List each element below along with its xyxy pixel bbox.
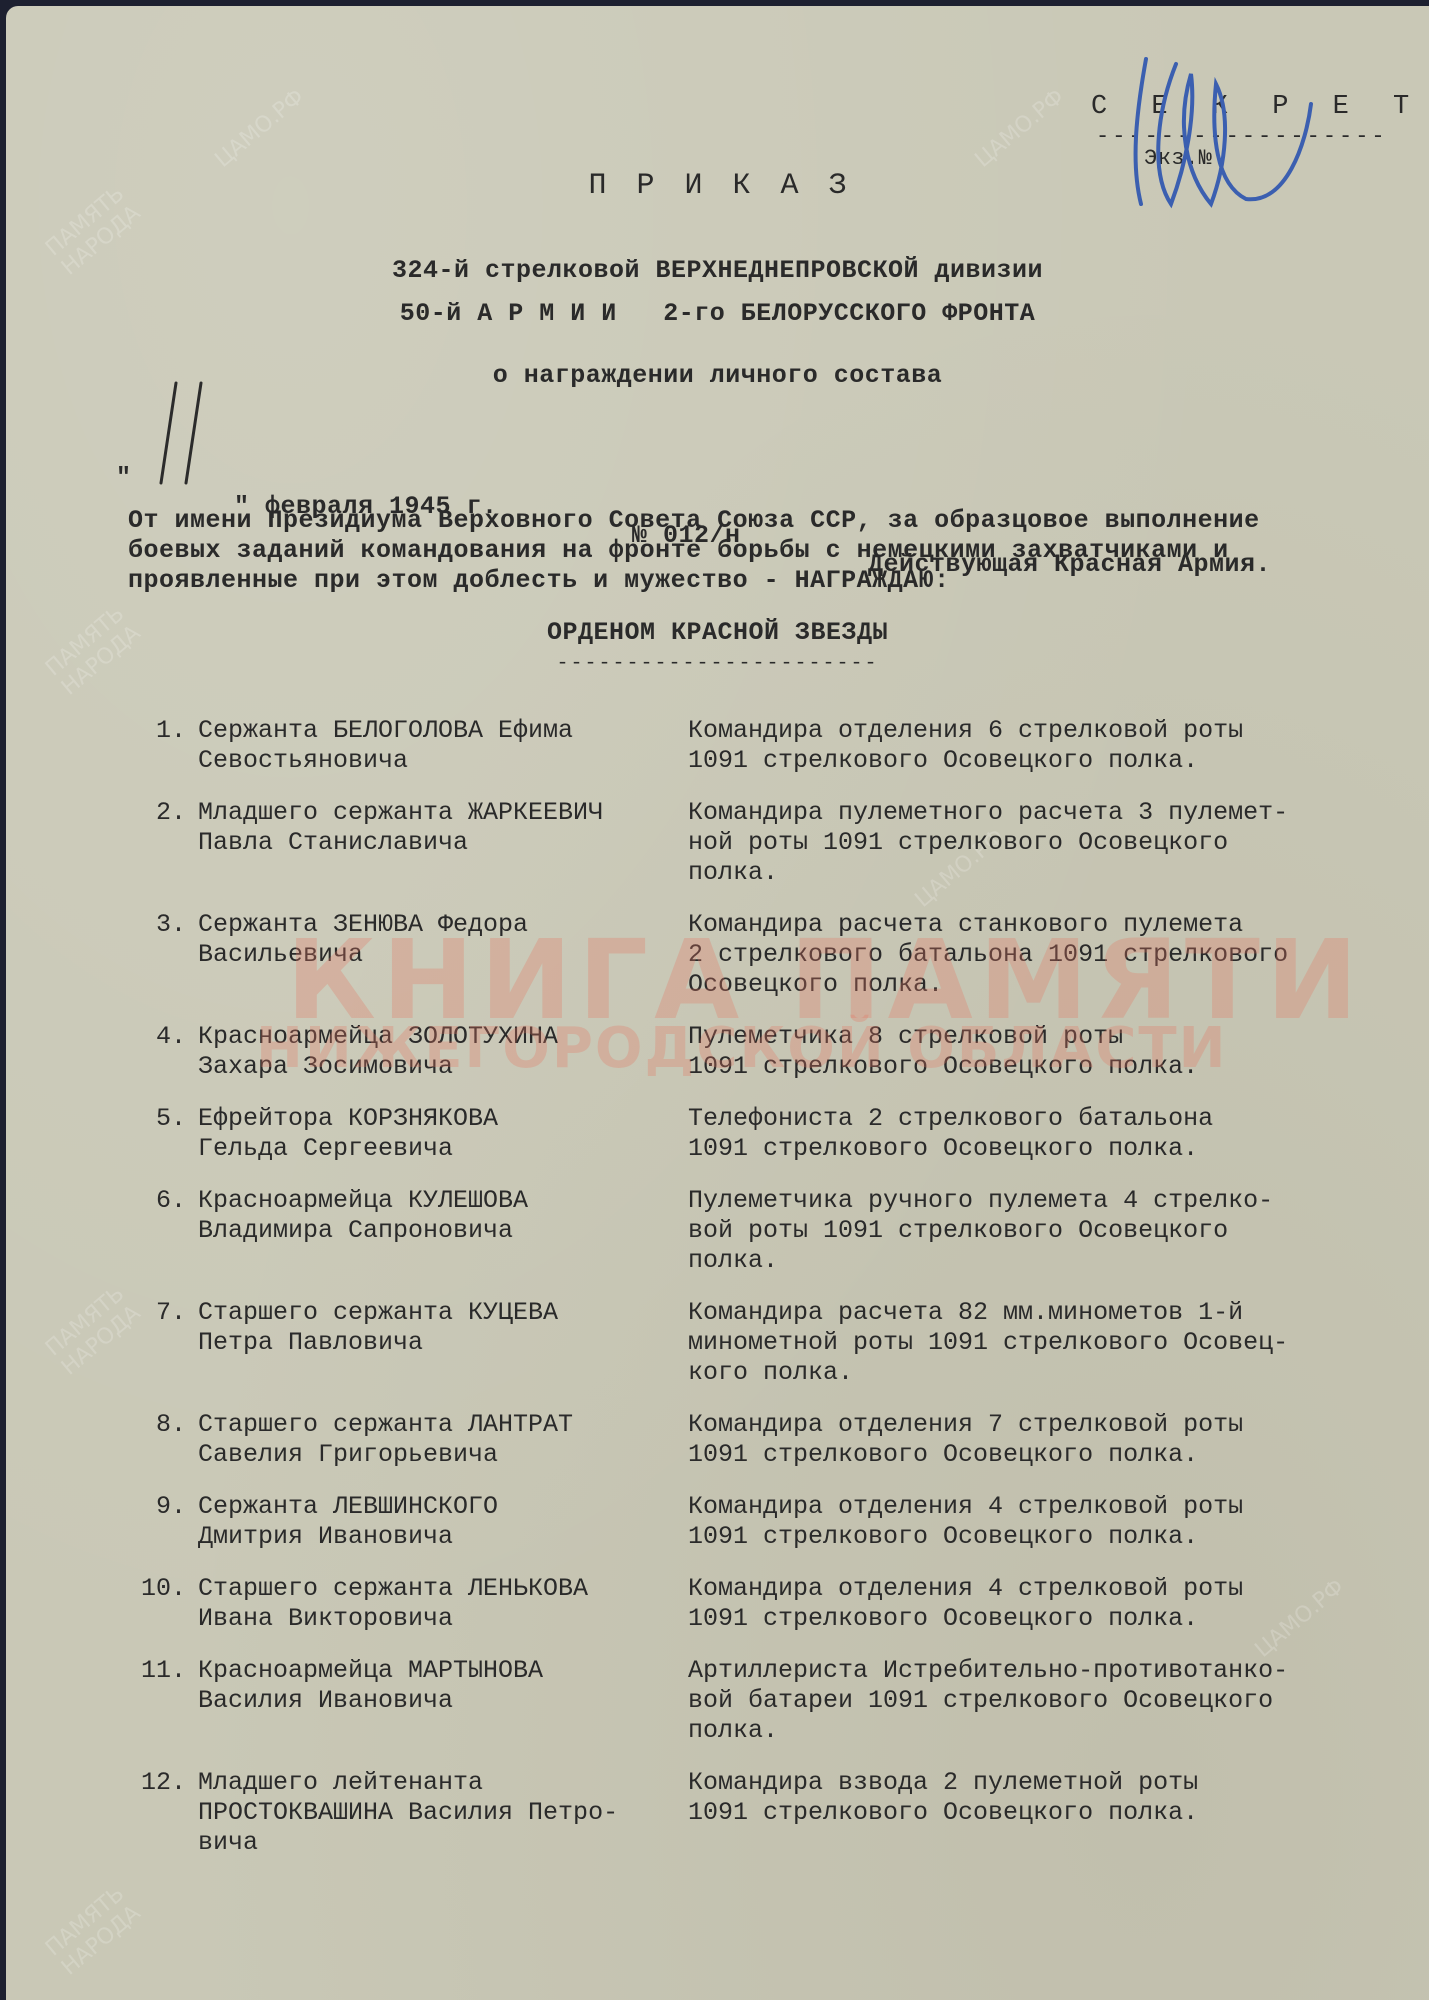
awardee-name: Красноармейца МАРТЫНОВА Василия Иванович… (198, 1656, 676, 1746)
award-heading: ОРДЕНОМ КРАСНОЙ ЗВЕЗДЫ (6, 618, 1429, 647)
awardee-row: 7.Старшего сержанта КУЦЕВА Петра Павлови… (136, 1298, 1396, 1388)
document-title: ПРИКАЗ (6, 169, 1429, 203)
awardee-row: 10.Старшего сержанта ЛЕНЬКОВА Ивана Викт… (136, 1574, 1396, 1634)
awardee-duty: Командира пулеметного расчета 3 пулемет-… (676, 798, 1396, 888)
awardee-number: 11. (136, 1656, 198, 1746)
awardee-row: 12.Младшего лейтенанта ПРОСТОКВАШИНА Вас… (136, 1768, 1396, 1858)
awardee-number: 7. (136, 1298, 198, 1388)
awardee-number: 6. (136, 1186, 198, 1276)
awardee-duty: Командира отделения 4 стрелковой роты 10… (676, 1574, 1396, 1634)
awardee-number: 5. (136, 1104, 198, 1164)
awardee-duty: Командира отделения 7 стрелковой роты 10… (676, 1410, 1396, 1470)
awardee-list: 1.Сержанта БЕЛОГОЛОВА Ефима Севостьянови… (136, 716, 1396, 1880)
watermark-memory: ПАМЯТЬ НАРОДА (41, 1882, 145, 1981)
handwritten-day-icon (146, 378, 226, 488)
awardee-row: 2.Младшего сержанта ЖАРКЕЕВИЧ Павла Стан… (136, 798, 1396, 888)
preamble-text: От имени Президиума Верховного Совета Со… (128, 506, 1368, 596)
watermark-book-region: НИЖЕГОРОДСКОЙ ОБЛАСТИ (256, 1016, 1228, 1081)
awardee-name: Младшего сержанта ЖАРКЕЕВИЧ Павла Станис… (198, 798, 676, 888)
awardee-name: Сержанта ЛЕВШИНСКОГО Дмитрия Ивановича (198, 1492, 676, 1552)
division-line: 324-й стрелковой ВЕРХНЕДНЕПРОВСКОЙ дивиз… (6, 256, 1429, 285)
awardee-number: 8. (136, 1410, 198, 1470)
awardee-row: 5.Ефрейтора КОРЗНЯКОВА Гельда Сергеевича… (136, 1104, 1396, 1164)
awardee-row: 6.Красноармейца КУЛЕШОВА Владимира Сапро… (136, 1186, 1396, 1276)
awardee-number: 9. (136, 1492, 198, 1552)
awardee-name: Красноармейца КУЛЕШОВА Владимира Сапроно… (198, 1186, 676, 1276)
watermark-memory: ПАМЯТЬ НАРОДА (41, 602, 145, 701)
awardee-row: 1.Сержанта БЕЛОГОЛОВА Ефима Севостьянови… (136, 716, 1396, 776)
watermark-memory: ПАМЯТЬ НАРОДА (41, 1282, 145, 1381)
awardee-name: Старшего сержанта ЛАНТРАТ Савелия Григор… (198, 1410, 676, 1470)
awardee-name: Сержанта БЕЛОГОЛОВА Ефима Севостьяновича (198, 716, 676, 776)
awardee-name: Ефрейтора КОРЗНЯКОВА Гельда Сергеевича (198, 1104, 676, 1164)
awardee-duty: Командира отделения 4 стрелковой роты 10… (676, 1492, 1396, 1552)
awardee-row: 9.Сержанта ЛЕВШИНСКОГО Дмитрия Ивановича… (136, 1492, 1396, 1552)
awardee-row: 11.Красноармейца МАРТЫНОВА Василия Ивано… (136, 1656, 1396, 1746)
awardee-number: 12. (136, 1768, 198, 1858)
awardee-number: 10. (136, 1574, 198, 1634)
awardee-number: 2. (136, 798, 198, 888)
awardee-duty: Командира расчета 82 мм.минометов 1-й ми… (676, 1298, 1396, 1388)
date-quote-open: " (116, 463, 132, 492)
army-line: 50-й А Р М И И 2-го БЕЛОРУССКОГО ФРОНТА (6, 299, 1429, 328)
awardee-duty: Командира отделения 6 стрелковой роты 10… (676, 716, 1396, 776)
document-page: ПАМЯТЬ НАРОДА ЦАМО.РФ ЦАМО.РФ ПАМЯТЬ НАР… (6, 6, 1429, 2000)
awardee-number: 4. (136, 1022, 198, 1082)
awardee-number: 1. (136, 716, 198, 776)
awardee-duty: Пулеметчика ручного пулемета 4 стрелко- … (676, 1186, 1396, 1276)
award-underline: ----------------------- (6, 652, 1429, 675)
awardee-name: Младшего лейтенанта ПРОСТОКВАШИНА Васили… (198, 1768, 676, 1858)
awardee-row: 8.Старшего сержанта ЛАНТРАТ Савелия Григ… (136, 1410, 1396, 1470)
awardee-duty: Телефониста 2 стрелкового батальона 1091… (676, 1104, 1396, 1164)
awardee-name: Старшего сержанта ЛЕНЬКОВА Ивана Викторо… (198, 1574, 676, 1634)
awardee-name: Старшего сержанта КУЦЕВА Петра Павловича (198, 1298, 676, 1388)
watermark-archive: ЦАМО.РФ (971, 84, 1070, 172)
awardee-duty: Артиллериста Истребительно-противотанко-… (676, 1656, 1396, 1746)
awardee-number: 3. (136, 910, 198, 1000)
awardee-duty: Командира взвода 2 пулеметной роты 1091 … (676, 1768, 1396, 1858)
watermark-archive: ЦАМО.РФ (211, 84, 310, 172)
